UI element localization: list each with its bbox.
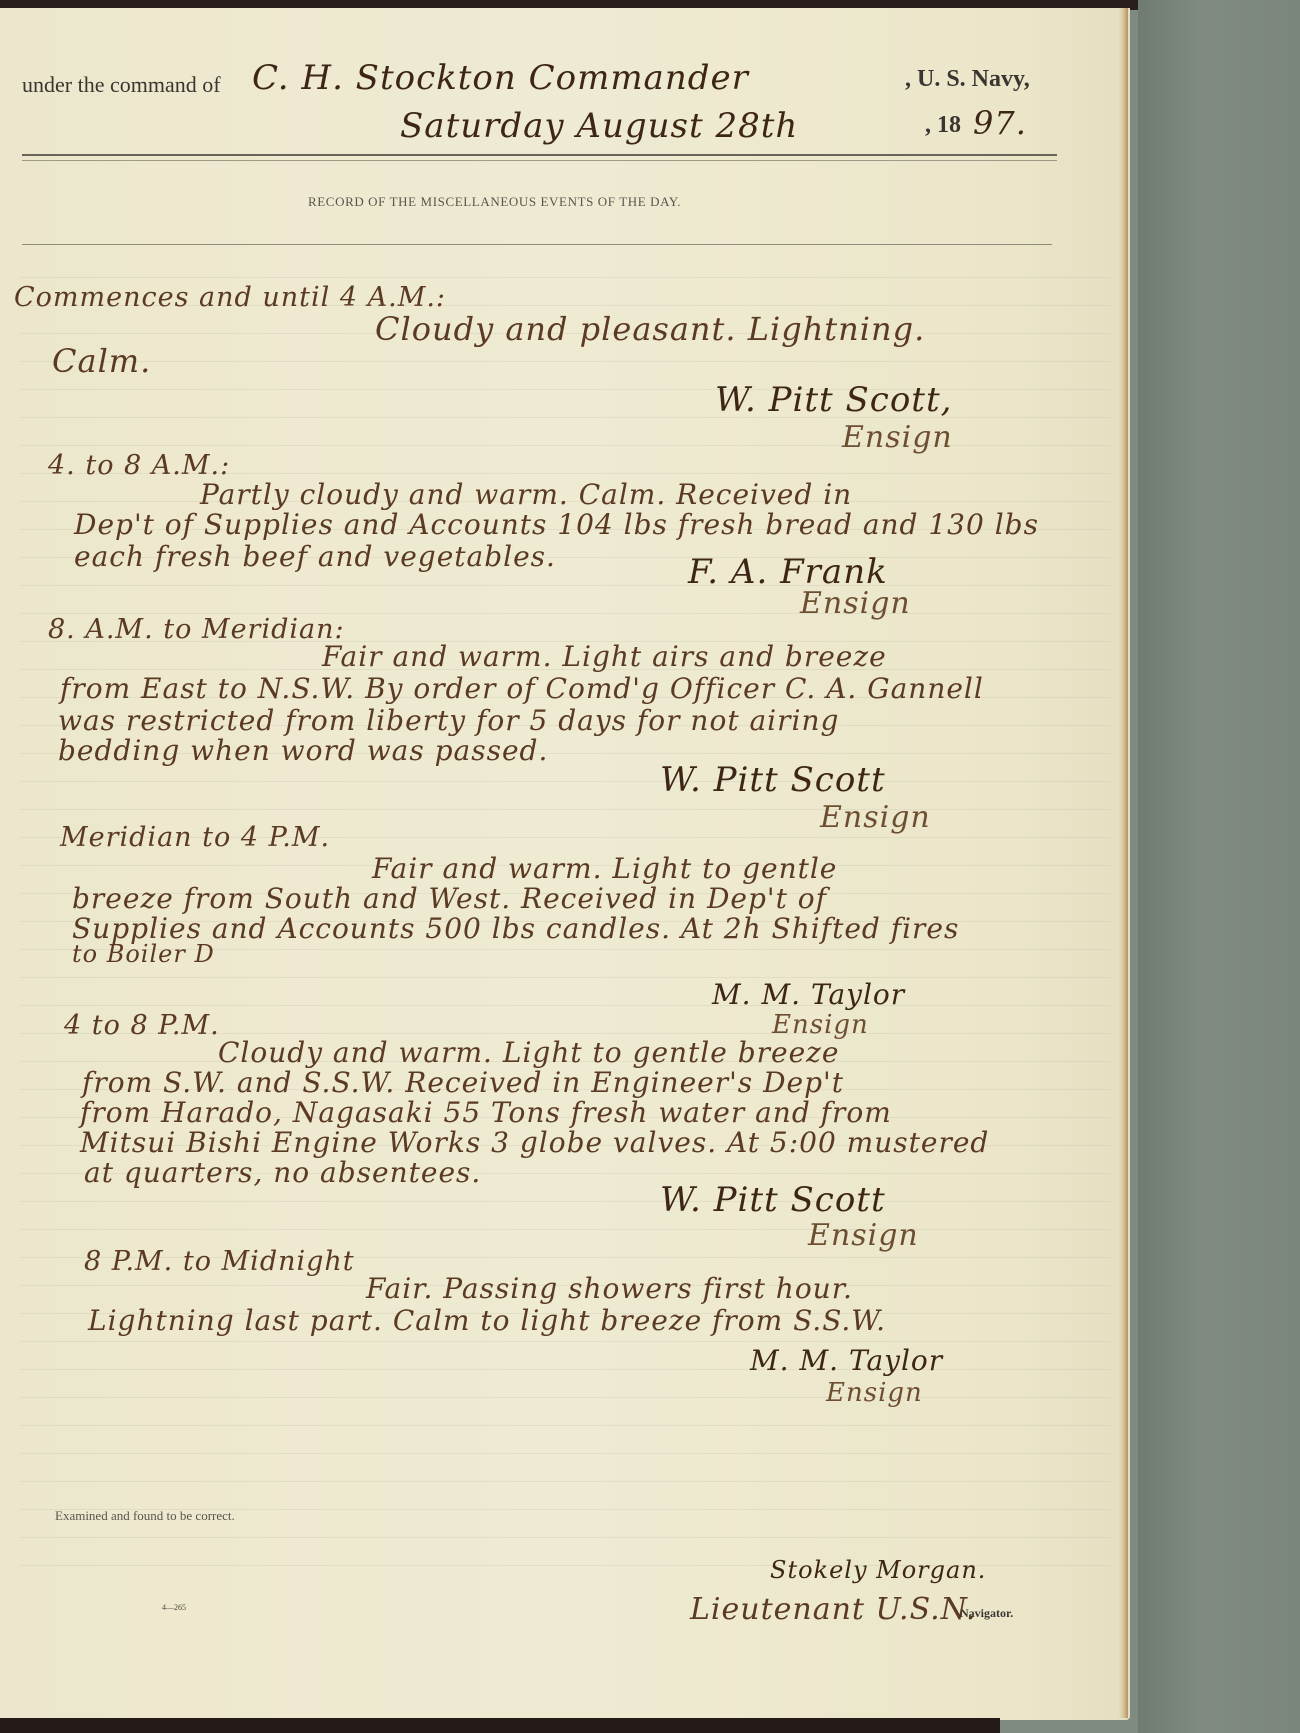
watch-entry-line: Partly cloudy and warm. Calm. Received i… (200, 478, 852, 511)
examined-statement: Examined and found to be correct. (55, 1508, 235, 1524)
watch-entry-line: Lightning last part. Calm to light breez… (88, 1304, 886, 1337)
header-year-prefix: , 18 (925, 112, 961, 139)
officer-rank: Ensign (826, 1378, 923, 1408)
watch-entry-line: Dep't of Supplies and Accounts 104 lbs f… (74, 508, 1039, 541)
navigator-signature: Stokely Morgan. (770, 1556, 986, 1584)
officer-rank: Ensign (808, 1218, 919, 1253)
officer-signature: M. M. Taylor (712, 978, 905, 1011)
form-number: 4—265 (162, 1603, 186, 1612)
page-edge (1118, 8, 1128, 1718)
watch-entry-line: from Harado, Nagasaki 55 Tons fresh wate… (80, 1096, 892, 1129)
watch-entry-line: Fair and warm. Light to gentle (372, 852, 837, 885)
officer-signature: W. Pitt Scott (660, 1180, 886, 1220)
watch-label: Meridian to 4 P.M. (60, 822, 330, 853)
watch-entry-line: Cloudy and pleasant. Lightning. (375, 310, 925, 348)
officer-rank: Ensign (820, 800, 931, 835)
header-printed-suffix: , U. S. Navy, (905, 66, 1030, 93)
watch-entry-line: to Boiler D (72, 940, 215, 968)
header-double-rule (22, 154, 1057, 156)
watch-entry-line: from East to N.S.W. By order of Comd'g O… (60, 672, 984, 705)
watch-entry-line: each fresh beef and vegetables. (74, 540, 556, 573)
watch-label: 4. to 8 A.M.: (48, 450, 230, 481)
book-cover-cloth (1138, 0, 1300, 1733)
watch-label: 4 to 8 P.M. (64, 1010, 220, 1041)
navigator-rank: Lieutenant U.S.N. (690, 1592, 976, 1627)
header-commander: C. H. Stockton Commander (252, 58, 749, 98)
scan-bottom-border (0, 1718, 1000, 1733)
watch-label: Commences and until 4 A.M.: (14, 282, 446, 313)
watch-entry-line: breeze from South and West. Received in … (72, 882, 827, 915)
officer-rank: Ensign (842, 420, 953, 455)
watch-label: 8 P.M. to Midnight (84, 1246, 355, 1277)
section-rule (22, 244, 1052, 245)
header-double-rule-thin (22, 160, 1057, 161)
watch-entry-line: Fair. Passing showers first hour. (366, 1272, 853, 1305)
header-year: 97. (973, 104, 1027, 142)
header-printed-prefix: under the command of (22, 72, 221, 98)
watch-entry-line: Calm. (52, 342, 151, 380)
watch-entry-line: from S.W. and S.S.W. Received in Enginee… (82, 1066, 844, 1099)
watch-entry-line: bedding when word was passed. (58, 734, 548, 767)
watch-entry-line: Fair and warm. Light airs and breeze (322, 640, 887, 673)
officer-signature: W. Pitt Scott, (715, 380, 952, 420)
watch-entry-line: was restricted from liberty for 5 days f… (58, 704, 839, 737)
watch-entry-line: Mitsui Bishi Engine Works 3 globe valves… (80, 1126, 989, 1159)
navigator-label: Navigator. (960, 1606, 1013, 1621)
officer-signature: W. Pitt Scott (660, 760, 886, 800)
watch-label: 8. A.M. to Meridian: (48, 614, 345, 645)
officer-rank: Ensign (800, 586, 911, 621)
header-date: Saturday August 28th (400, 106, 798, 146)
watch-entry-line: at quarters, no absentees. (84, 1156, 481, 1189)
watch-entry-line: Cloudy and warm. Light to gentle breeze (218, 1036, 840, 1069)
officer-signature: M. M. Taylor (750, 1344, 943, 1377)
section-title: RECORD OF THE MISCELLANEOUS EVENTS OF TH… (308, 194, 681, 210)
